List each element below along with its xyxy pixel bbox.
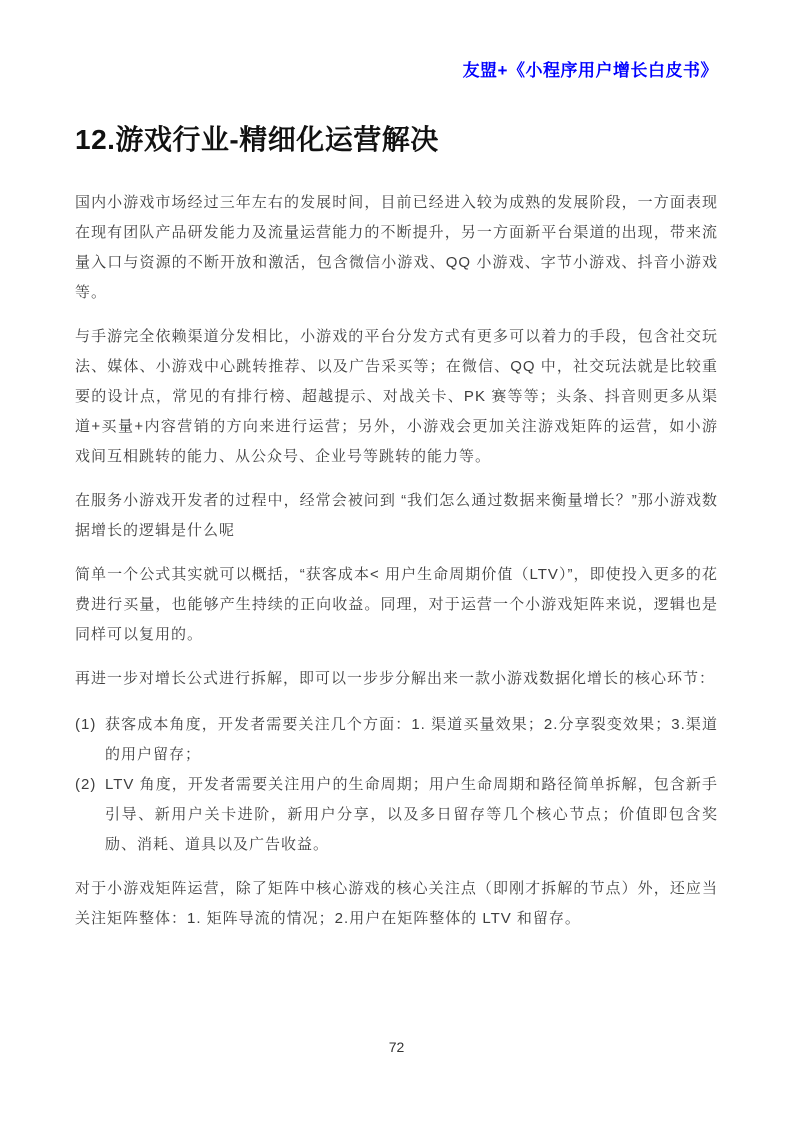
section-title: 12.游戏行业-精细化运营解决 <box>75 124 718 156</box>
list-item-text: 获客成本角度，开发者需要关注几个方面：1. 渠道买量效果；2.分享裂变效果；3.… <box>105 710 718 770</box>
paragraph-market-overview: 国内小游戏市场经过三年左右的发展时间，目前已经进入较为成熟的发展阶段，一方面表现… <box>75 188 718 308</box>
paragraph-growth-question: 在服务小游戏开发者的过程中，经常会被问到 “我们怎么通过数据来衡量增长？”那小游… <box>75 486 718 546</box>
closing-paragraph: 对于小游戏矩阵运营，除了矩阵中核心游戏的核心关注点（即刚才拆解的节点）外，还应当… <box>75 874 718 934</box>
list-item: (2) LTV 角度，开发者需要关注用户的生命周期；用户生命周期和路径简单拆解，… <box>75 770 718 860</box>
document-page: 友盟+《小程序用户增长白皮书》 12.游戏行业-精细化运营解决 国内小游戏市场经… <box>0 0 793 1122</box>
page-number: 72 <box>389 1039 405 1055</box>
list-item-text: LTV 角度，开发者需要关注用户的生命周期；用户生命周期和路径简单拆解，包含新手… <box>105 770 718 860</box>
paragraph-formula-breakdown-intro: 再进一步对增长公式进行拆解，即可以一步步分解出来一款小游戏数据化增长的核心环节： <box>75 664 718 694</box>
paragraph-growth-formula: 简单一个公式其实就可以概括，“获客成本< 用户生命周期价值（LTV）”，即使投入… <box>75 560 718 650</box>
paragraph-distribution-methods: 与手游完全依赖渠道分发相比，小游戏的平台分发方式有更多可以着力的手段，包含社交玩… <box>75 322 718 472</box>
page-header: 友盟+《小程序用户增长白皮书》 <box>75 60 718 82</box>
page-footer: 72 <box>0 1038 793 1056</box>
header-brand-text: 友盟+《小程序用户增长白皮书》 <box>463 61 718 80</box>
list-item: (1) 获客成本角度，开发者需要关注几个方面：1. 渠道买量效果；2.分享裂变效… <box>75 710 718 770</box>
list-item-marker: (1) <box>75 710 105 770</box>
list-item-marker: (2) <box>75 770 105 860</box>
numbered-list: (1) 获客成本角度，开发者需要关注几个方面：1. 渠道买量效果；2.分享裂变效… <box>75 710 718 860</box>
